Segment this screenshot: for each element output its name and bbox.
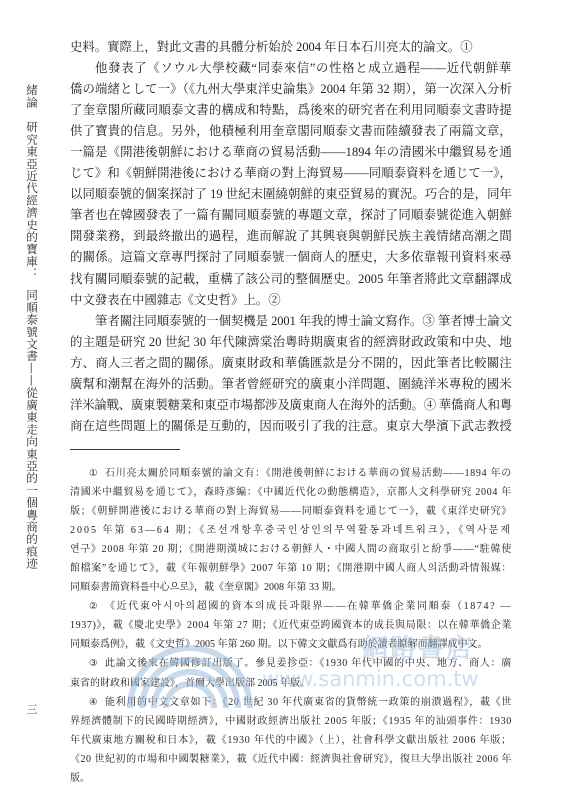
line-text: 開發業務，到最終撤出的過程，進而解說了其興衰與朝鮮民族主義情緒高潮之間 <box>70 229 512 243</box>
line-text: 能利用的中文文章如下：《20 世紀 30 年代廣東省的貨幣統一政策的崩潰過程》，… <box>105 697 512 708</box>
body-text: 史料。實際上，對此文書的具體分析始於 2004 年日本石川亮太的論文。① 他發表… <box>70 37 512 438</box>
footnote-line: ③此論文後來在韓國修訂出版了。參見姜抮亞：《1930 年代中國的中央、地方、商人… <box>70 654 512 673</box>
line-text: 筆者也在韓國發表了一篇有關同順泰號的專題文章，探討了同順泰號從進入朝鮮 <box>70 208 512 222</box>
paragraph: 史料。實際上，對此文書的具體分析始於 2004 年日本石川亮太的論文。① <box>70 37 512 58</box>
line-text: 找有關同順泰號的記載，重構了該公司的整個歷史。2005 年筆者將此文章翻譯成 <box>70 272 512 286</box>
line-text: 年代廣東地方關稅和日本》，載《1930 年代的中國》（上），社會科學文獻出版社 … <box>70 735 512 746</box>
paragraph: 他發表了《ソウル大學校藏“同泰來信”の性格と成立過程——近代朝鮮華 僑の端緒とし… <box>70 58 512 311</box>
line-text: じて》和《朝鮮開港後における華商の對上海貿易——同順泰資料を通じて一》， <box>70 166 512 180</box>
body-line: 僑の端緒として一》（《九州大學東洋史論集》2004 年第 32 期），第一次深入… <box>70 79 512 100</box>
body-line: 的主題是研究 20 世紀 30 年代陳濟棠治粵時期廣東省的經濟財政政策和中央、地 <box>70 332 512 353</box>
line-text: 以同順泰號的個案探討了 19 世紀末圍繞朝鮮的東亞貿易的實況。巧合的是，同年 <box>70 187 512 201</box>
line-text: 界經濟體制下的民國時期經濟》，中國財政經濟出版社 2005 年版；《1935 年… <box>70 716 512 727</box>
line-text: 此論文後來在韓國修訂出版了。參見姜抮亞：《1930 年代中國的中央、地方、商人：… <box>105 658 512 669</box>
footnote-line: 연구》2008 年第 20 期；《開港期漢城における朝鮮人・中國人間の商取引と紛… <box>70 540 512 559</box>
footnote-line: 館檔案”を通じて》，載《年報朝鮮學》2007 年第 10 期；《開港期中國人商人… <box>70 559 512 578</box>
body-line: 筆者關注同順泰號的一個契機是 2001 年我的博士論文寫作。③ 筆者博士論文 <box>70 311 512 332</box>
body-line: 廣幫和潮幫在海外的活動。筆者曾經研究的廣東小洋問題、圍繞洋米專稅的國米 <box>70 374 512 395</box>
line-text: 東省的財政和國家建設》，首爾大學出版部 2005 年版。 <box>70 678 310 689</box>
line-text: 商在這些問題上的關係是互動的，因而吸引了我的注意。東京大學濱下武志教授 <box>70 419 512 433</box>
line-text: 廣幫和潮幫在海外的活動。筆者曾經研究的廣東小洋問題、圍繞洋米專稅的國米 <box>70 377 512 391</box>
body-line: 了奎章閣所藏同順泰文書的構成和特點，爲後來的研究者在利用同順泰文書時提 <box>70 100 512 121</box>
line-text: 一篇是《開港後朝鮮における華商の貿易活動——1894 年の清國米中繼貿易を通 <box>70 145 512 159</box>
footnote-marker: ④ <box>89 694 105 713</box>
footnote-4: ④能利用的中文文章如下：《20 世紀 30 年代廣東省的貨幣統一政策的崩潰過程》… <box>70 693 512 788</box>
line-text: 同順泰爲例》，載《文史哲》2005 年第 260 期。以下韓文文獻爲有助於讀者瞭… <box>70 639 488 650</box>
line-text: 中文發表在中國雜志《文史哲》上。② <box>70 293 281 307</box>
footnote-line: 版。 <box>70 769 512 788</box>
line-text: 他發表了《ソウル大學校藏“同泰來信”の性格と成立過程——近代朝鮮華 <box>95 61 512 75</box>
body-line: 找有關同順泰號的記載，重構了該公司的整個歷史。2005 年筆者將此文章翻譯成 <box>70 269 512 290</box>
line-text: 清國米中繼貿易を通じて》，森時彥編：《中國近代化の動態構造》，京都人文科學研究 … <box>70 487 512 498</box>
footnote-marker: ① <box>89 465 105 484</box>
footnote-separator <box>70 449 180 450</box>
body-line: 方、商人三者之間的關係。廣東財政和華僑匯款是分不開的，因此筆者比較關注 <box>70 353 512 374</box>
footnote-line: 2005 年第 63—64 期；《조선개항후중국인상인의무역활동과네트워크》，《… <box>70 521 512 540</box>
footnote-line: 同順泰書簡資料를中心으로》，載《奎章閣》2008 年第 33 期。 <box>70 578 512 597</box>
body-line: 史料。實際上，對此文書的具體分析始於 2004 年日本石川亮太的論文。① <box>70 37 512 58</box>
footnote-marker: ② <box>89 598 105 617</box>
footnote-line: 1937)》，載《慶北史學》2004 年第 27 期；《近代東亞跨國資本的成長與… <box>70 616 512 635</box>
running-head-chapter: 緒論 <box>25 84 39 108</box>
footnote-line: 清國米中繼貿易を通じて》，森時彥編：《中國近代化の動態構造》，京都人文科學研究 … <box>70 483 512 502</box>
footnote-line: ②《近代東아시아의超國的資本의成長과限界——在韓華僑企業同順泰（1874? — <box>70 597 512 616</box>
body-line: 他發表了《ソウル大學校藏“同泰來信”の性格と成立過程——近代朝鮮華 <box>70 58 512 79</box>
line-text: 方、商人三者之間的關係。廣東財政和華僑匯款是分不開的，因此筆者比較關注 <box>70 356 512 370</box>
body-line: じて》和《朝鮮開港後における華商の對上海貿易——同順泰資料を通じて一》， <box>70 163 512 184</box>
paragraph: 筆者關注同順泰號的一個契機是 2001 年我的博士論文寫作。③ 筆者博士論文 的… <box>70 311 512 438</box>
line-text: 洋米論戰、廣東製糖業和東亞市場都涉及廣東商人在海外的活動。④ 華僑商人和粵 <box>70 398 512 412</box>
body-line: 供了寶貴的信息。另外，他積極利用奎章閣同順泰文書而陸續發表了兩篇文章， <box>70 121 512 142</box>
body-line: 開發業務，到最終撤出的過程，進而解說了其興衰與朝鮮民族主義情緒高潮之間 <box>70 226 512 247</box>
line-text: 《近代東아시아의超國的資本의成長과限界——在韓華僑企業同順泰（1874? — <box>105 601 512 612</box>
body-line: 洋米論戰、廣東製糖業和東亞市場都涉及廣東商人在海外的活動。④ 華僑商人和粵 <box>70 395 512 416</box>
line-text: 2005 年第 63—64 期；《조선개항후중국인상인의무역활동과네트워크》，《… <box>70 525 512 536</box>
footnote-1: ①石川亮太關於同順泰號的論文有：《開港後朝鮮における華商の貿易活動——1894 … <box>70 464 512 598</box>
footnotes: ①石川亮太關於同順泰號的論文有：《開港後朝鮮における華商の貿易活動——1894 … <box>70 464 512 789</box>
line-text: 僑の端緒として一》（《九州大學東洋史論集》2004 年第 32 期），第一次深入… <box>70 82 512 96</box>
footnote-line: 界經濟體制下的民國時期經濟》，中國財政經濟出版社 2005 年版；《1935 年… <box>70 712 512 731</box>
line-text: 了奎章閣所藏同順泰文書的構成和特點，爲後來的研究者在利用同順泰文書時提 <box>70 103 512 117</box>
footnote-line: 版；《朝鮮開港後における華商の對上海貿易——同順泰資料を通じて一》，載《東洋史研… <box>70 502 512 521</box>
line-text: 供了寶貴的信息。另外，他積極利用奎章閣同順泰文書而陸續發表了兩篇文章， <box>70 124 512 138</box>
line-text: 《20 世紀初的市場和中國製糖業》，載《近代中國：經濟與社會研究》，復旦大學出版… <box>70 754 512 765</box>
running-head-subtitle: 同順泰號文書——從廣東走向東亞的一個粵商的痕迹 <box>25 289 39 570</box>
line-text: 筆者關注同順泰號的一個契機是 2001 年我的博士論文寫作。③ 筆者博士論文 <box>95 314 512 328</box>
running-head-title: 研究東亞近代經濟史的寶庫： <box>25 121 39 280</box>
footnote-line: ④能利用的中文文章如下：《20 世紀 30 年代廣東省的貨幣統一政策的崩潰過程》… <box>70 693 512 712</box>
running-head: 緒論研究東亞近代經濟史的寶庫：同順泰號文書——從廣東走向東亞的一個粵商的痕迹 <box>26 84 38 570</box>
footnote-2: ②《近代東아시아의超國的資本의成長과限界——在韓華僑企業同順泰（1874? — … <box>70 597 512 654</box>
body-line: 中文發表在中國雜志《文史哲》上。② <box>70 290 512 311</box>
line-text: 同順泰書簡資料를中心으로》，載《奎章閣》2008 年第 33 期。 <box>70 582 341 593</box>
body-line: 商在這些問題上的關係是互動的，因而吸引了我的注意。東京大學濱下武志教授 <box>70 416 512 437</box>
footnote-marker: ③ <box>89 655 105 674</box>
line-text: 연구》2008 年第 20 期；《開港期漢城における朝鮮人・中國人間の商取引と紛… <box>70 544 512 555</box>
body-line: 的關係。這篇文章專門探討了同順泰號一個商人的歷史，大多依靠報刊資料來尋 <box>70 247 512 268</box>
book-page: 緒論研究東亞近代經濟史的寶庫：同順泰號文書——從廣東走向東亞的一個粵商的痕迹 三… <box>0 0 586 800</box>
footnote-3: ③此論文後來在韓國修訂出版了。參見姜抮亞：《1930 年代中國的中央、地方、商人… <box>70 654 512 692</box>
line-text: 版；《朝鮮開港後における華商の對上海貿易——同順泰資料を通じて一》，載《東洋史研… <box>70 506 512 517</box>
line-text: 版。 <box>70 773 90 784</box>
body-line: 以同順泰號的個案探討了 19 世紀末圍繞朝鮮的東亞貿易的實況。巧合的是，同年 <box>70 184 512 205</box>
footnote-line: 東省的財政和國家建設》，首爾大學出版部 2005 年版。 <box>70 674 512 693</box>
body-line: 一篇是《開港後朝鮮における華商の貿易活動——1894 年の清國米中繼貿易を通 <box>70 142 512 163</box>
footnote-line: 年代廣東地方關稅和日本》，載《1930 年代的中國》（上），社會科學文獻出版社 … <box>70 731 512 750</box>
line-text: 的主題是研究 20 世紀 30 年代陳濟棠治粵時期廣東省的經濟財政政策和中央、地 <box>70 335 512 349</box>
line-text: 館檔案”を通じて》，載《年報朝鮮學》2007 年第 10 期；《開港期中國人商人… <box>70 563 512 574</box>
line-text: 史料。實際上，對此文書的具體分析始於 2004 年日本石川亮太的論文。① <box>70 40 473 54</box>
line-text: 石川亮太關於同順泰號的論文有：《開港後朝鮮における華商の貿易活動——1894 年… <box>105 468 512 479</box>
line-text: 的關係。這篇文章專門探討了同順泰號一個商人的歷史，大多依靠報刊資料來尋 <box>70 250 512 264</box>
body-line: 筆者也在韓國發表了一篇有關同順泰號的專題文章，探討了同順泰號從進入朝鮮 <box>70 205 512 226</box>
line-text: 1937)》，載《慶北史學》2004 年第 27 期；《近代東亞跨國資本的成長與… <box>70 620 512 631</box>
footnote-line: 《20 世紀初的市場和中國製糖業》，載《近代中國：經濟與社會研究》，復旦大學出版… <box>70 750 512 769</box>
page-number: 三 <box>26 703 38 717</box>
footnote-line: ①石川亮太關於同順泰號的論文有：《開港後朝鮮における華商の貿易活動——1894 … <box>70 464 512 483</box>
footnote-line: 同順泰爲例》，載《文史哲》2005 年第 260 期。以下韓文文獻爲有助於讀者瞭… <box>70 635 512 654</box>
